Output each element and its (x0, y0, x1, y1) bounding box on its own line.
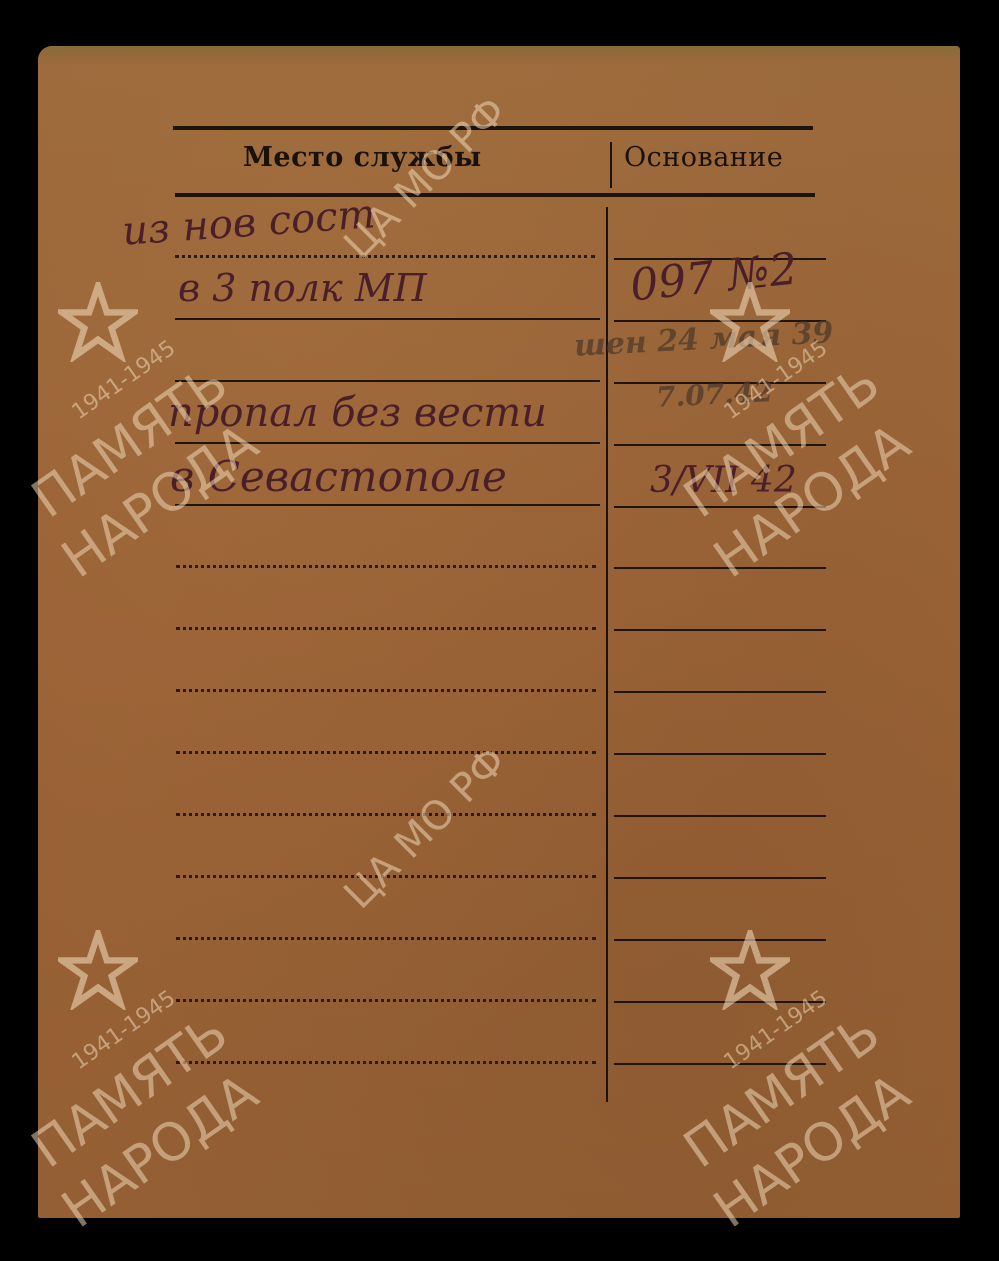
star-icon (58, 930, 138, 1010)
page-top-edge (38, 46, 960, 64)
basis-rule (614, 691, 826, 693)
row-rule (176, 813, 596, 816)
star-icon (710, 282, 790, 362)
row-rule (176, 937, 596, 940)
row-rule (176, 1061, 596, 1064)
star-icon (710, 930, 790, 1010)
row-rule (175, 504, 600, 506)
header-basis: Основание (624, 142, 783, 173)
star-icon (58, 282, 138, 362)
row-rule (176, 627, 596, 630)
entry-service-place: в 3 полк МП (178, 266, 427, 310)
row-rule (175, 318, 600, 320)
row-rule (175, 380, 600, 382)
basis-rule (614, 753, 826, 755)
header-separator (610, 142, 612, 188)
basis-rule (614, 815, 826, 817)
row-rule (176, 999, 596, 1002)
row-rule (176, 565, 596, 568)
basis-rule (614, 567, 826, 569)
row-rule (176, 751, 596, 754)
row-rule (175, 255, 595, 258)
row-rule (176, 689, 596, 692)
basis-rule (614, 877, 826, 879)
basis-rule (614, 629, 826, 631)
header-bottom-rule (175, 193, 815, 197)
